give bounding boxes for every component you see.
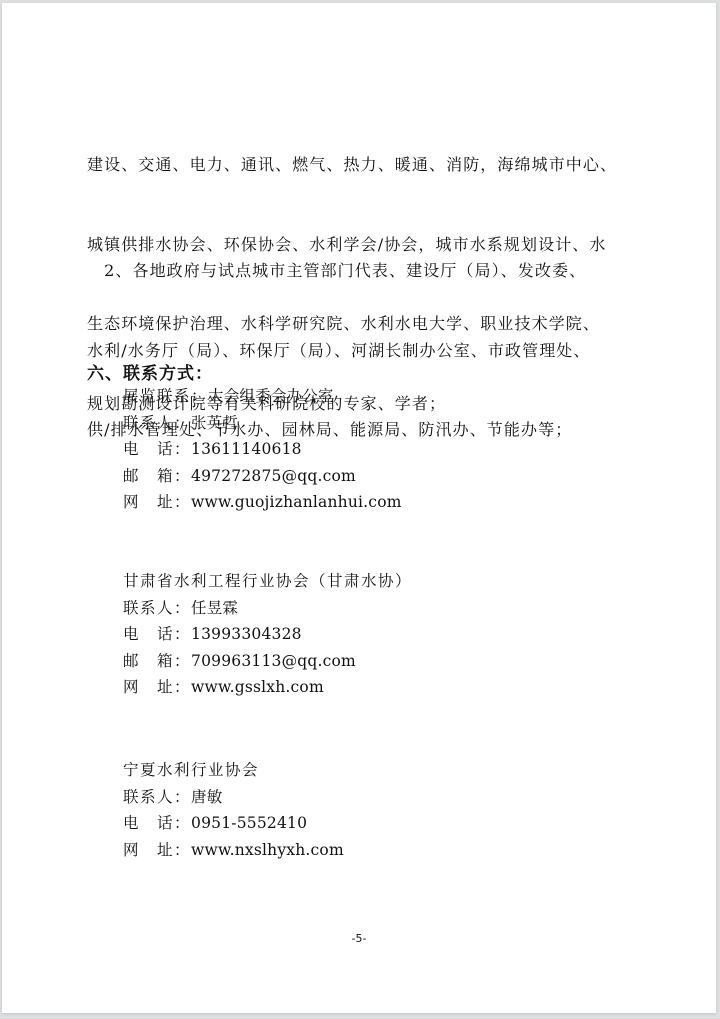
contact-block-ningxia: 宁夏水利行业协会 联系人：唐敏 电 话：0951-5552410 网 址：www…	[123, 757, 344, 863]
contact-row-person: 联系人：张英哲	[123, 410, 402, 437]
contact-value: 唐敏	[191, 788, 222, 806]
document-page: 建设、交通、电力、通讯、燃气、热力、暖通、消防，海绵城市中心、 城镇供排水协会、…	[2, 3, 716, 1013]
contact-row-phone: 电 话：13611140618	[123, 436, 402, 463]
contact-row-website: 网 址：www.gsslxh.com	[123, 674, 412, 701]
contact-org-name: 甘肃省水利工程行业协会（甘肃水协）	[123, 568, 412, 595]
contact-value: 497272875@qq.com	[191, 467, 356, 485]
contact-label: 网 址：	[123, 674, 191, 701]
contact-value: www.nxslhyxh.com	[191, 841, 344, 859]
contact-block-gansu: 甘肃省水利工程行业协会（甘肃水协） 联系人：任昱霖 电 话：1399330432…	[123, 568, 412, 701]
text-line: 2、各地政府与试点城市主管部门代表、建设厅（局）、发改委、	[87, 258, 642, 285]
contact-label: 电 话：	[123, 621, 191, 648]
contact-label: 电 话：	[123, 810, 191, 837]
contact-value: 709963113@qq.com	[191, 652, 356, 670]
contact-label: 联系人：	[123, 784, 191, 811]
contact-label: 邮 箱：	[123, 648, 191, 675]
contact-label: 邮 箱：	[123, 463, 191, 490]
contact-row-person: 联系人：唐敏	[123, 784, 344, 811]
contact-row-website: 网 址：www.guojizhanlanhui.com	[123, 489, 402, 516]
contact-row-email: 邮 箱：497272875@qq.com	[123, 463, 402, 490]
contact-value: 0951-5552410	[191, 814, 307, 832]
contact-value: 大会组委会办公室	[208, 387, 334, 405]
page-number: -5-	[2, 932, 716, 945]
contact-row-email: 邮 箱：709963113@qq.com	[123, 648, 412, 675]
contact-label: 网 址：	[123, 489, 191, 516]
contact-org-name: 宁夏水利行业协会	[123, 757, 344, 784]
contact-row-exhibition: 展览联系：大会组委会办公室	[123, 383, 402, 410]
text-line: 建设、交通、电力、通讯、燃气、热力、暖通、消防，海绵城市中心、	[87, 152, 642, 179]
contact-value: www.gsslxh.com	[191, 678, 324, 696]
contact-label: 展览联系：	[123, 383, 208, 410]
contact-row-website: 网 址：www.nxslhyxh.com	[123, 837, 344, 864]
contact-label: 电 话：	[123, 436, 191, 463]
contact-value: 张英哲	[191, 414, 238, 432]
contact-row-phone: 电 话：13993304328	[123, 621, 412, 648]
section-heading-contact: 六、联系方式：	[87, 359, 213, 384]
contact-value: 任昱霖	[191, 599, 238, 617]
contact-label: 联系人：	[123, 595, 191, 622]
contact-label: 联系人：	[123, 410, 191, 437]
contact-row-phone: 电 话：0951-5552410	[123, 810, 344, 837]
contact-label: 网 址：	[123, 837, 191, 864]
contact-row-person: 联系人：任昱霖	[123, 595, 412, 622]
contact-block-organizer: 展览联系：大会组委会办公室 联系人：张英哲 电 话：13611140618 邮 …	[123, 383, 402, 516]
contact-value: 13993304328	[191, 625, 302, 643]
contact-value: 13611140618	[191, 440, 302, 458]
contact-value: www.guojizhanlanhui.com	[191, 493, 402, 511]
